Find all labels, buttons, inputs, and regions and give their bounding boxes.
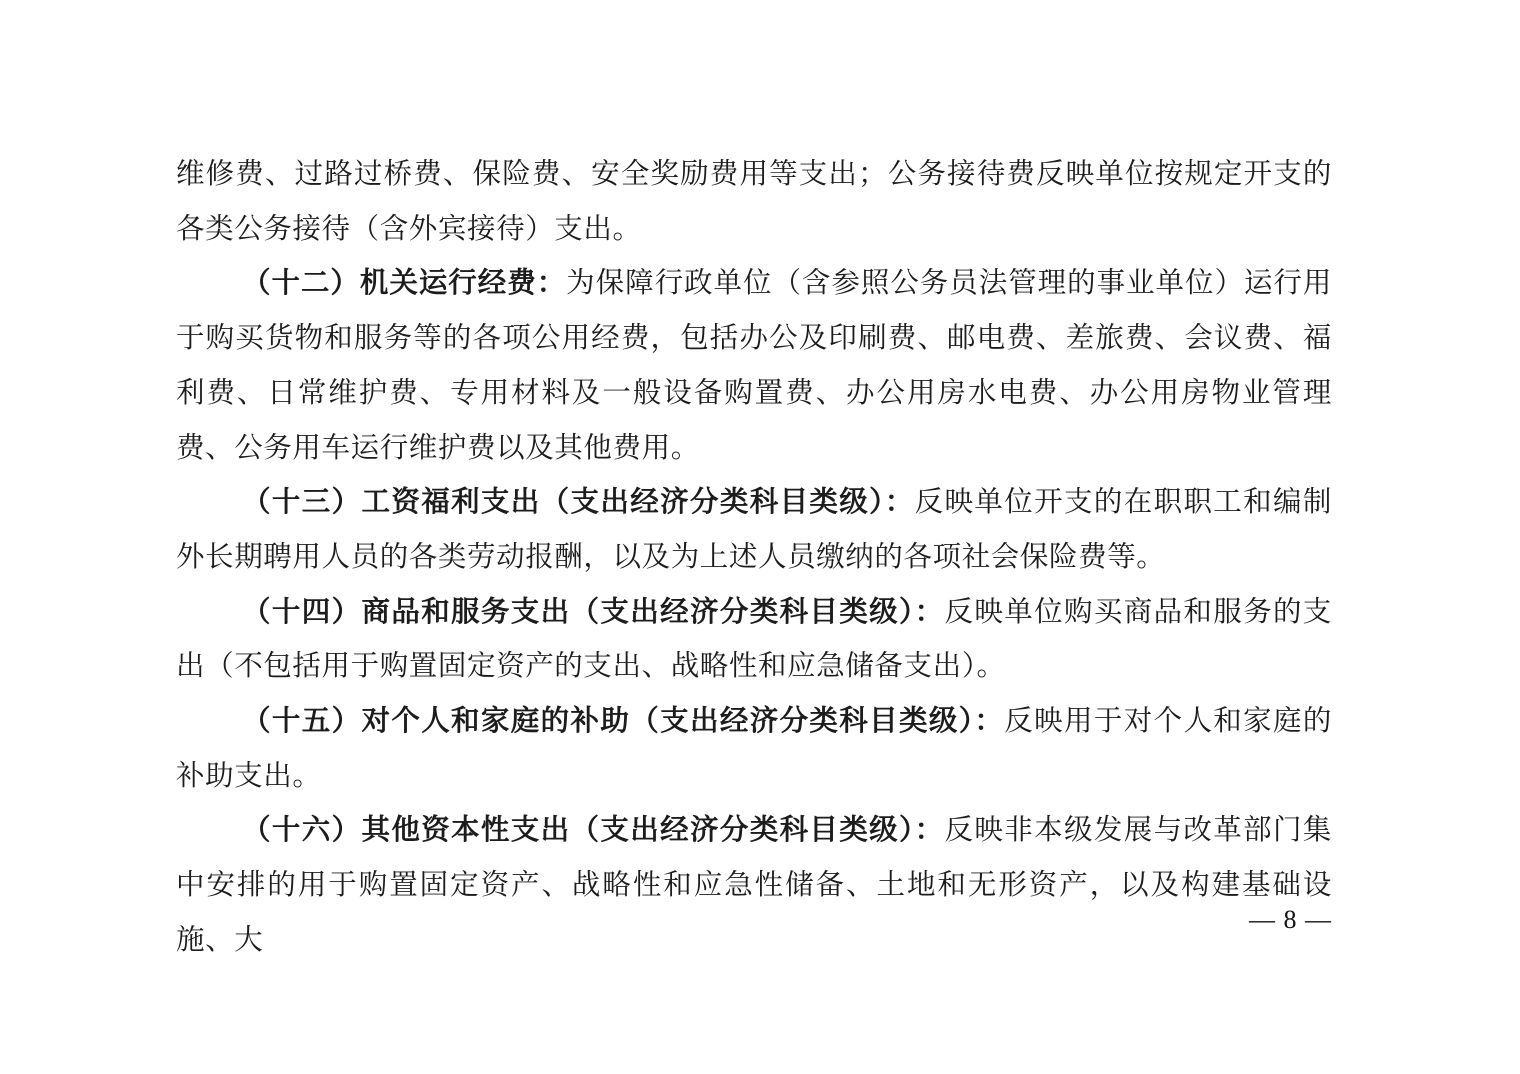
paragraph-text: 维修费、过路过桥费、保险费、安全奖励费用等支出；公务接待费反映单位按规定开支的各… [176, 159, 1332, 245]
paragraph: 维修费、过路过桥费、保险费、安全奖励费用等支出；公务接待费反映单位按规定开支的各… [176, 148, 1332, 257]
paragraph: （十三）工资福利支出（支出经济分类科目类级）：反映单位开支的在职职工和编制外长期… [176, 476, 1332, 585]
paragraph: （十五）对个人和家庭的补助（支出经济分类科目类级）：反映用于对个人和家庭的补助支… [176, 695, 1332, 804]
paragraph-lead: （十六）其他资本性支出（支出经济分类科目类级）： [242, 815, 945, 846]
paragraph: （十六）其他资本性支出（支出经济分类科目类级）：反映非本级发展与改革部门集中安排… [176, 804, 1332, 968]
paragraph-lead: （十四）商品和服务支出（支出经济分类科目类级）： [242, 597, 945, 628]
paragraph-lead: （十三）工资福利支出（支出经济分类科目类级）： [242, 487, 915, 518]
paragraph-lead: （十二）机关运行经费： [242, 268, 566, 299]
document-body: 维修费、过路过桥费、保险费、安全奖励费用等支出；公务接待费反映单位按规定开支的各… [176, 148, 1332, 969]
paragraph-lead: （十五）对个人和家庭的补助（支出经济分类科目类级）： [242, 706, 1004, 737]
document-page: 维修费、过路过桥费、保险费、安全奖励费用等支出；公务接待费反映单位按规定开支的各… [0, 0, 1520, 1074]
page-number: — 8 — [1249, 905, 1332, 935]
paragraph: （十二）机关运行经费：为保障行政单位（含参照公务员法管理的事业单位）运行用于购买… [176, 257, 1332, 476]
paragraph: （十四）商品和服务支出（支出经济分类科目类级）：反映单位购买商品和服务的支出（不… [176, 586, 1332, 695]
